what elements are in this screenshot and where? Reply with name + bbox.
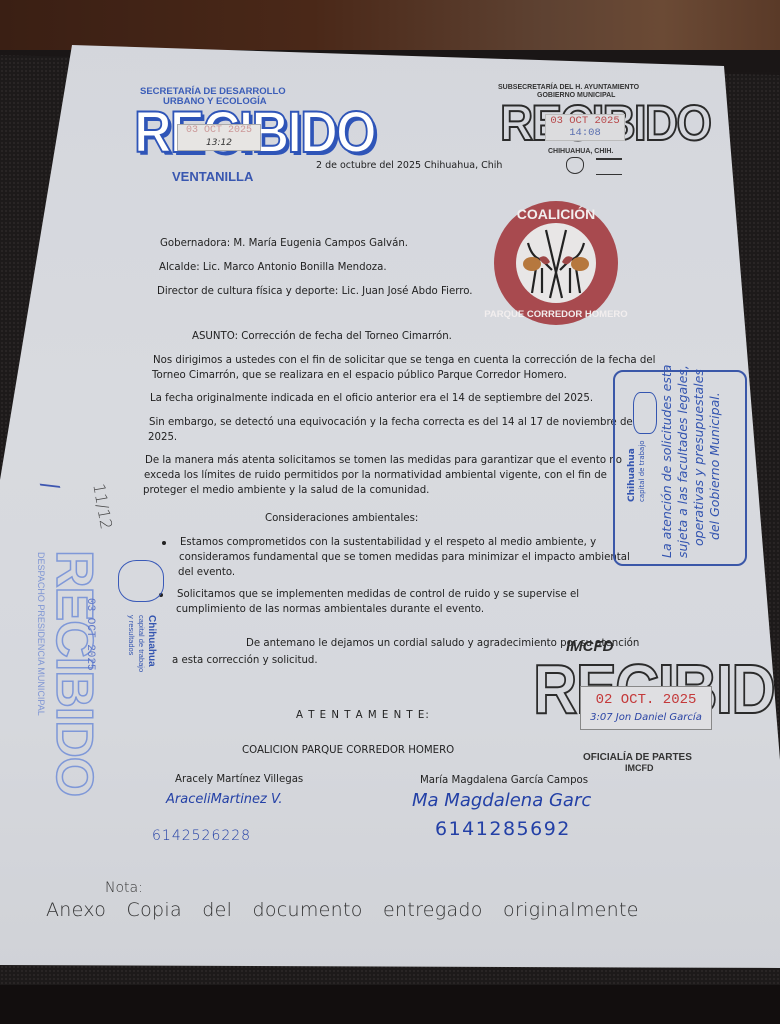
handwritten-number: 11/12	[89, 482, 116, 531]
stamp-date-box: 02 OCT. 2025 3:07 Jon Daniel García	[580, 686, 712, 730]
stamp-date-box: 03 OCT 2025 13:12	[177, 124, 261, 151]
stamp-footer-line-2: IMCFD	[625, 763, 654, 773]
wooden-surface	[0, 0, 780, 50]
signatory-2-signature: Ma Magdalena Garc	[412, 790, 591, 811]
chihuahua-brand: Chihuahua capital de trabajo	[627, 440, 647, 502]
subject-line: ASUNTO: Corrección de fecha del Torneo C…	[192, 330, 452, 343]
paragraph-1-line-2: Torneo Cimarrón, que se realizara en el …	[152, 369, 567, 382]
stamp-recibido-word: RECIBIDO	[48, 550, 100, 796]
notice-line-1: La atención de solicitudes esta	[659, 365, 675, 558]
signatory-1-name: Aracely Martínez Villegas	[175, 773, 303, 786]
stamp-footer: DESPACHO PRESIDENCIA MUNICIPAL	[36, 552, 46, 716]
bullet-2-line-2: cumplimiento de las normas ambientales d…	[176, 603, 484, 616]
notice-line-4: del Gobierno Municipal.	[707, 365, 723, 558]
notice-line-3: operativas y presupuestales	[691, 365, 707, 558]
stamp-date: 03 OCT 2025	[84, 598, 96, 671]
note-label: Nota:	[105, 880, 143, 896]
stamp-date: 02 OCT. 2025	[581, 687, 711, 709]
paragraph-4-line-1: De la manera más atenta solicitamos se t…	[145, 454, 622, 467]
signatory-2-name: María Magdalena García Campos	[420, 774, 588, 787]
bullet-icon	[162, 541, 166, 545]
stamp-date: 03 OCT 2025	[178, 125, 260, 137]
recipient-director: Director de cultura física y deporte: Li…	[157, 285, 473, 298]
handwritten-mark: /	[37, 478, 63, 494]
signatory-1-phone: 6142526228	[152, 828, 251, 844]
chihuahua-brand-icon	[596, 158, 622, 175]
paragraph-2: La fecha originalmente indicada en el of…	[150, 392, 593, 405]
stamp-handwritten-receiver: 3:07 Jon Daniel García	[581, 709, 711, 727]
stamp-footer: CHIHUAHUA, CHIH.	[548, 148, 613, 155]
paragraph-4-line-3: proteger el medio ambiente y la salud de…	[143, 484, 429, 497]
recipient-governor: Gobernadora: M. María Eugenia Campos Gal…	[160, 237, 408, 250]
dark-cloth-bottom	[0, 985, 780, 1024]
notice-text: La atención de solicitudes esta sujeta a…	[659, 365, 723, 558]
notice-line-2: sujeta a las facultades legales,	[675, 365, 691, 558]
note-text: Anexo Copia del documento entregado orig…	[46, 899, 639, 921]
recipient-mayor: Alcalde: Lic. Marco Antonio Bonilla Mend…	[159, 261, 387, 274]
stamp-date: 03 OCT 2025	[546, 115, 624, 127]
coalicion-logo: COALICIÓN PARQUE CORREDOR HOMERO	[484, 198, 629, 328]
bullet-1-line-2: consideramos fundamental que se tomen me…	[179, 551, 630, 564]
considerations-title: Consideraciones ambientales:	[265, 512, 418, 525]
signatory-2-phone: 6141285692	[435, 818, 571, 840]
paragraph-3-line-1: Sin embargo, se detectó una equivocación…	[149, 416, 633, 429]
bullet-1-line-3: del evento.	[178, 566, 235, 579]
logo-top-text: COALICIÓN	[517, 205, 596, 222]
stamp-time-handwritten: 13:12	[178, 137, 260, 149]
atentamente-heading: A T E N T A M E N T E:	[296, 709, 430, 722]
paragraph-3-line-2: 2025.	[148, 431, 177, 444]
stamp-date-box: 03 OCT 2025 14:08	[545, 114, 625, 141]
stamp-footer: VENTANILLA	[172, 169, 253, 184]
paragraph-4-line-2: exceda los límites de ruido permitidos p…	[144, 469, 607, 482]
stamp-time: 14:08	[546, 127, 624, 139]
coat-of-arms-icon	[566, 157, 584, 174]
stamp-gobierno-municipal-notice: Chihuahua capital de trabajo La atención…	[613, 370, 747, 566]
chihuahua-brand: Chihuahua capital de trabajo y resultado…	[126, 615, 156, 672]
stamp-footer-line-1: OFICIALÍA DE PARTES	[583, 752, 692, 763]
signatory-1-signature: AraceliMartinez V.	[166, 792, 283, 807]
organization-name: COALICION PARQUE CORREDOR HOMERO	[242, 744, 454, 757]
bullet-1-line-1: Estamos comprometidos con la sustentabil…	[180, 536, 596, 549]
coat-of-arms-icon	[118, 560, 164, 602]
logo-bottom-text: PARQUE CORREDOR HOMERO	[484, 309, 627, 320]
paragraph-1-line-1: Nos dirigimos a ustedes con el fin de so…	[153, 354, 655, 367]
stamp-header-line-1: SUBSECRETARÍA DEL H. AYUNTAMIENTO	[498, 84, 639, 91]
document-date: 2 de octubre del 2025 Chihuahua, Chih	[316, 159, 502, 172]
document-page: SECRETARÍA DE DESARROLLO URBANO Y ECOLOG…	[0, 0, 780, 1024]
bullet-2-line-1: Solicitamos que se implementen medidas d…	[177, 588, 579, 601]
closing-line-2: a esta corrección y solicitud.	[172, 654, 318, 667]
coat-of-arms-icon	[633, 392, 657, 434]
